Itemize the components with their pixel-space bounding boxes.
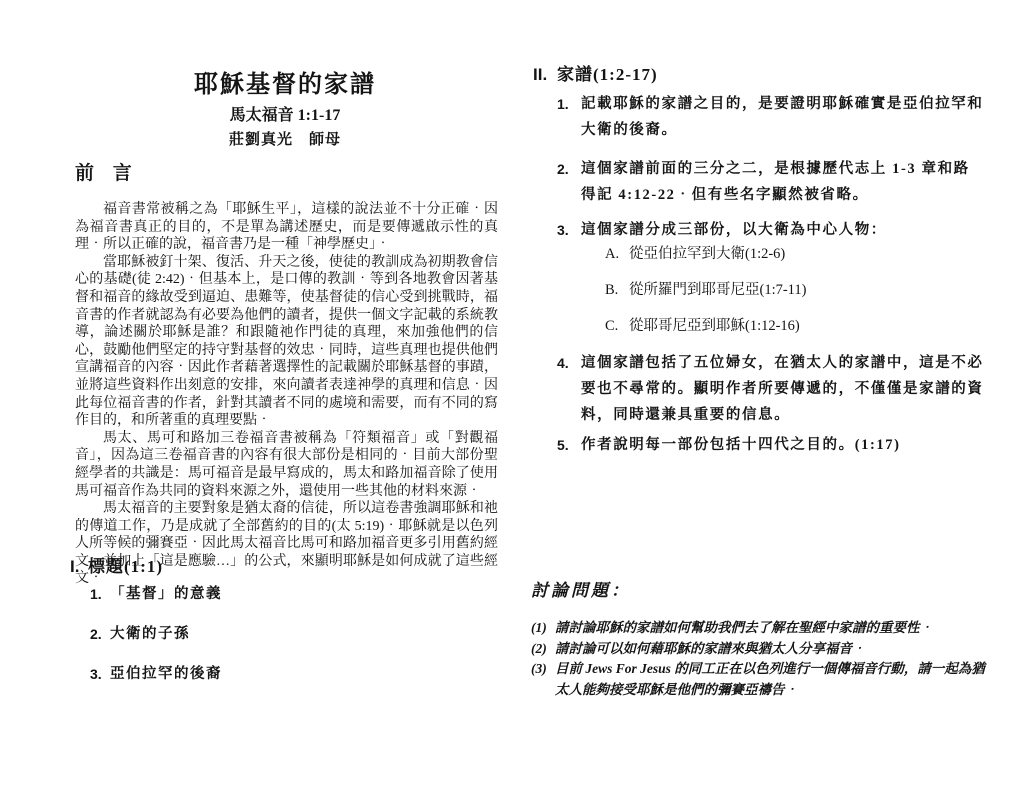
outline-2-item: 1. 記載耶穌的家譜之目的，是要證明耶穌確實是亞伯拉罕和大衛的後裔。 — [557, 91, 985, 143]
author-line: 莊劉真光 師母 — [70, 131, 500, 149]
outline-section-1: I. 標題(1:1) 1. 「基督」的意義 2. 大衛的子孫 3. 亞伯拉罕的後… — [70, 556, 500, 683]
item-text: 記載耶穌的家譜之目的，是要證明耶穌確實是亞伯拉罕和大衛的後裔。 — [581, 91, 985, 143]
title-block: 耶穌基督的家譜 馬太福音 1:1-17 莊劉真光 師母 — [70, 70, 500, 149]
outline-1-title: 標題(1:1) — [88, 556, 163, 578]
document-page: 耶穌基督的家譜 馬太福音 1:1-17 莊劉真光 師母 前 言 福音書常被稱之為… — [0, 0, 1024, 791]
outline-2-title: 家譜(1:2-17) — [557, 64, 658, 86]
item-number: 4. — [557, 350, 581, 428]
question-number: (3) — [531, 659, 555, 700]
question-text: 請討論耶穌的家譜如何幫助我們去了解在聖經中家譜的重要性‧ — [555, 618, 993, 639]
outline-2-item: 5. 作者說明每一部份包括十四代之目的。(1:17) — [557, 432, 985, 458]
question-number: (2) — [531, 639, 555, 660]
subitem-text: 從所羅門到耶哥尼亞(1:7-11) — [629, 280, 985, 300]
outline-2-item: 4. 這個家譜包括了五位婦女，在猶太人的家譜中，這是不必要也不尋常的。顯明作者所… — [557, 350, 985, 428]
discussion-question: (2) 請討論可以如何藉耶穌的家譜來與猶太人分享福音‧ — [531, 639, 993, 660]
subitem-letter: C. — [605, 316, 629, 336]
item-number: 1. — [557, 91, 581, 143]
item-text: 這個家譜分成三部份，以大衛為中心人物： — [581, 220, 985, 240]
item-number: 3. — [90, 665, 110, 683]
outline-1-numeral: I. — [70, 556, 88, 578]
outline-2-sublist: A. 從亞伯拉罕到大衛(1:2-6) B. 從所羅門到耶哥尼亞(1:7-11) … — [557, 244, 985, 336]
item-text: 「基督」的意義 — [110, 585, 500, 603]
page-title: 耶穌基督的家譜 — [70, 70, 500, 100]
discussion-heading: 討論問題： — [531, 580, 993, 602]
item-text: 作者說明每一部份包括十四代之目的。(1:17) — [581, 432, 985, 458]
item-number: 2. — [90, 625, 110, 643]
item-text: 大衛的子孫 — [110, 625, 500, 643]
discussion-question: (1) 請討論耶穌的家譜如何幫助我們去了解在聖經中家譜的重要性‧ — [531, 618, 993, 639]
outline-1-heading: I. 標題(1:1) — [70, 556, 500, 578]
question-text: 目前 Jews For Jesus 的同工正在以色列進行一個傳福音行動，請一起為… — [555, 659, 993, 700]
preface-body: 福音書常被稱之為「耶穌生平」，這樣的說法並不十分正確‧因為福音書真正的目的，不是… — [75, 201, 498, 588]
preface-heading: 前 言 — [75, 162, 139, 186]
discussion-question: (3) 目前 Jews For Jesus 的同工正在以色列進行一個傳福音行動，… — [531, 659, 993, 700]
outline-2-item: 2. 這個家譜前面的三分之二，是根據歷代志上 1-3 章和路得記 4:12-22… — [557, 156, 985, 208]
item-number: 1. — [90, 585, 110, 603]
scripture-reference: 馬太福音 1:1-17 — [70, 106, 500, 126]
item-number: 5. — [557, 432, 581, 458]
subitem-text: 從耶哥尼亞到耶穌(1:12-16) — [629, 316, 985, 336]
discussion-section: 討論問題： (1) 請討論耶穌的家譜如何幫助我們去了解在聖經中家譜的重要性‧ (… — [531, 580, 993, 700]
preface-paragraph-3: 馬太、馬可和路加三卷福音書被稱為「符類福音」或「對觀福音」，因為這三卷福音書的內… — [75, 430, 498, 500]
item-number: 3. — [557, 220, 581, 240]
item-number: 2. — [557, 156, 581, 208]
outline-2-heading: II. 家譜(1:2-17) — [533, 64, 985, 86]
outline-2-subitem: A. 從亞伯拉罕到大衛(1:2-6) — [605, 244, 985, 264]
outline-2-numeral: II. — [533, 64, 557, 86]
preface-paragraph-2: 當耶穌被釘十架、復活、升天之後，使徒的教訓成為初期教會信心的基礎(徒 2:42)… — [75, 254, 498, 430]
question-number: (1) — [531, 618, 555, 639]
item-text: 這個家譜前面的三分之二，是根據歷代志上 1-3 章和路得記 4:12-22‧但有… — [581, 156, 985, 208]
preface-paragraph-1: 福音書常被稱之為「耶穌生平」，這樣的說法並不十分正確‧因為福音書真正的目的，不是… — [75, 201, 498, 254]
question-text: 請討論可以如何藉耶穌的家譜來與猶太人分享福音‧ — [555, 639, 993, 660]
subitem-letter: B. — [605, 280, 629, 300]
discussion-questions: (1) 請討論耶穌的家譜如何幫助我們去了解在聖經中家譜的重要性‧ (2) 請討論… — [531, 618, 993, 700]
item-text: 這個家譜包括了五位婦女，在猶太人的家譜中，這是不必要也不尋常的。顯明作者所要傳遞… — [581, 350, 985, 428]
outline-1-item: 3. 亞伯拉罕的後裔 — [90, 665, 500, 683]
outline-section-2: II. 家譜(1:2-17) 1. 記載耶穌的家譜之目的，是要證明耶穌確實是亞伯… — [533, 64, 985, 458]
outline-2-item: 3. 這個家譜分成三部份，以大衛為中心人物： A. 從亞伯拉罕到大衛(1:2-6… — [557, 220, 985, 336]
outline-1-item: 1. 「基督」的意義 — [90, 585, 500, 603]
outline-2-subitem: C. 從耶哥尼亞到耶穌(1:12-16) — [605, 316, 985, 336]
subitem-letter: A. — [605, 244, 629, 264]
outline-2-subitem: B. 從所羅門到耶哥尼亞(1:7-11) — [605, 280, 985, 300]
subitem-text: 從亞伯拉罕到大衛(1:2-6) — [629, 244, 985, 264]
item-text: 亞伯拉罕的後裔 — [110, 665, 500, 683]
outline-1-item: 2. 大衛的子孫 — [90, 625, 500, 643]
